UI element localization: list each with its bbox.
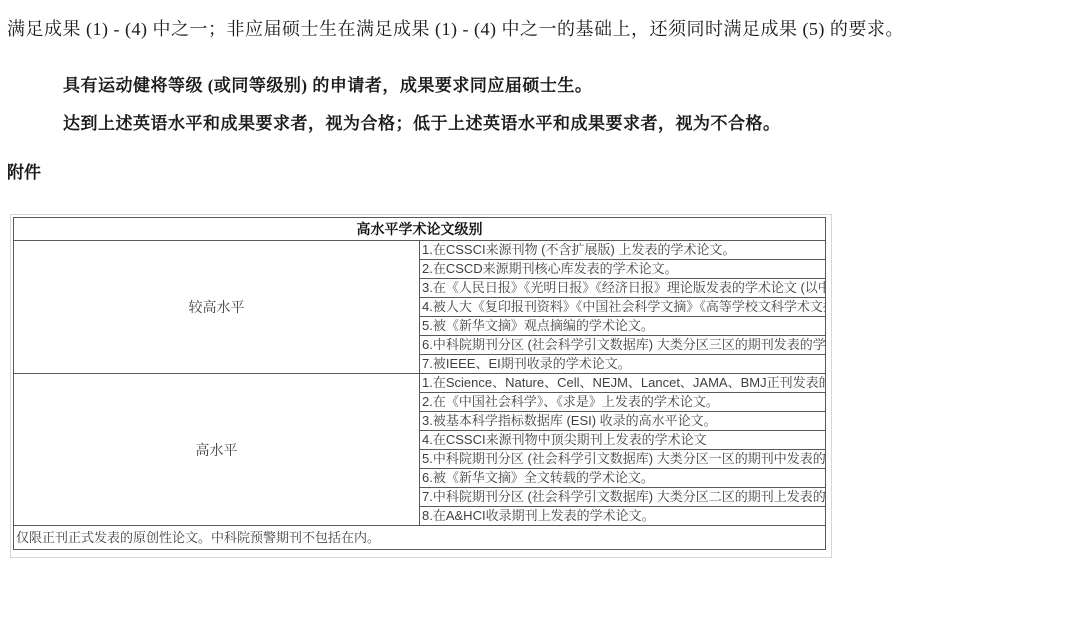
paper-level-table-container: 高水平学术论文级别 较高水平 1.在CSSCI来源刊物 (不含扩展版) 上发表的… [10,214,832,558]
item-cell: 6.被《新华文摘》全文转载的学术论文。 [420,469,826,488]
item-cell: 5.被《新华文摘》观点摘编的学术论文。 [420,317,826,336]
paragraph-athlete-level: 具有运动健将等级 (或同等级别) 的申请者，成果要求同应届硕士生。 [7,75,1065,97]
level-label-higher: 较高水平 [14,241,420,374]
attachment-heading: 附件 [7,158,1065,183]
paper-level-table: 高水平学术论文级别 较高水平 1.在CSSCI来源刊物 (不含扩展版) 上发表的… [13,217,826,550]
item-cell: 3.在《人民日报》《光明日报》《经济日报》理论版发表的学术论文 (以中国知网收录… [420,279,826,298]
document-page: 满足成果 (1) - (4) 中之一；非应届硕士生在满足成果 (1) - (4)… [0,0,1071,558]
table-row: 较高水平 1.在CSSCI来源刊物 (不含扩展版) 上发表的学术论文。 [14,241,826,260]
item-cell: 2.在CSCD来源期刊核心库发表的学术论文。 [420,260,826,279]
item-cell: 5.中科院期刊分区 (社会科学引文数据库) 大类分区一区的期刊中发表的学术论文。 [420,450,826,469]
paragraph-requirements: 满足成果 (1) - (4) 中之一；非应届硕士生在满足成果 (1) - (4)… [7,8,1065,50]
table-footnote: 仅限正刊正式发表的原创性论文。中科院预警期刊不包括在内。 [14,526,826,550]
item-cell: 3.被基本科学指标数据库 (ESI) 收录的高水平论文。 [420,412,826,431]
item-cell: 7.被IEEE、EI期刊收录的学术论文。 [420,355,826,374]
item-cell: 1.在CSSCI来源刊物 (不含扩展版) 上发表的学术论文。 [420,241,826,260]
item-cell: 4.在CSSCI来源刊物中顶尖期刊上发表的学术论文 [420,431,826,450]
item-cell: 1.在Science、Nature、Cell、NEJM、Lancet、JAMA、… [420,374,826,393]
table-title: 高水平学术论文级别 [14,218,826,241]
item-cell: 8.在A&HCI收录期刊上发表的学术论文。 [420,507,826,526]
item-cell: 2.在《中国社会科学》、《求是》上发表的学术论文。 [420,393,826,412]
item-cell: 7.中科院期刊分区 (社会科学引文数据库) 大类分区二区的期刊上发表的学术论文。 [420,488,826,507]
table-row: 高水平 1.在Science、Nature、Cell、NEJM、Lancet、J… [14,374,826,393]
item-cell: 4.被人大《复印报刊资料》《中国社会科学文摘》《高等学校文科学术文摘》全文转摘的… [420,298,826,317]
paragraph-pass-criteria: 达到上述英语水平和成果要求者，视为合格；低于上述英语水平和成果要求者，视为不合格… [7,113,1065,135]
level-label-high: 高水平 [14,374,420,526]
table-footnote-row: 仅限正刊正式发表的原创性论文。中科院预警期刊不包括在内。 [14,526,826,550]
item-cell: 6.中科院期刊分区 (社会科学引文数据库) 大类分区三区的期刊发表的学术论文。 [420,336,826,355]
table-title-row: 高水平学术论文级别 [14,218,826,241]
